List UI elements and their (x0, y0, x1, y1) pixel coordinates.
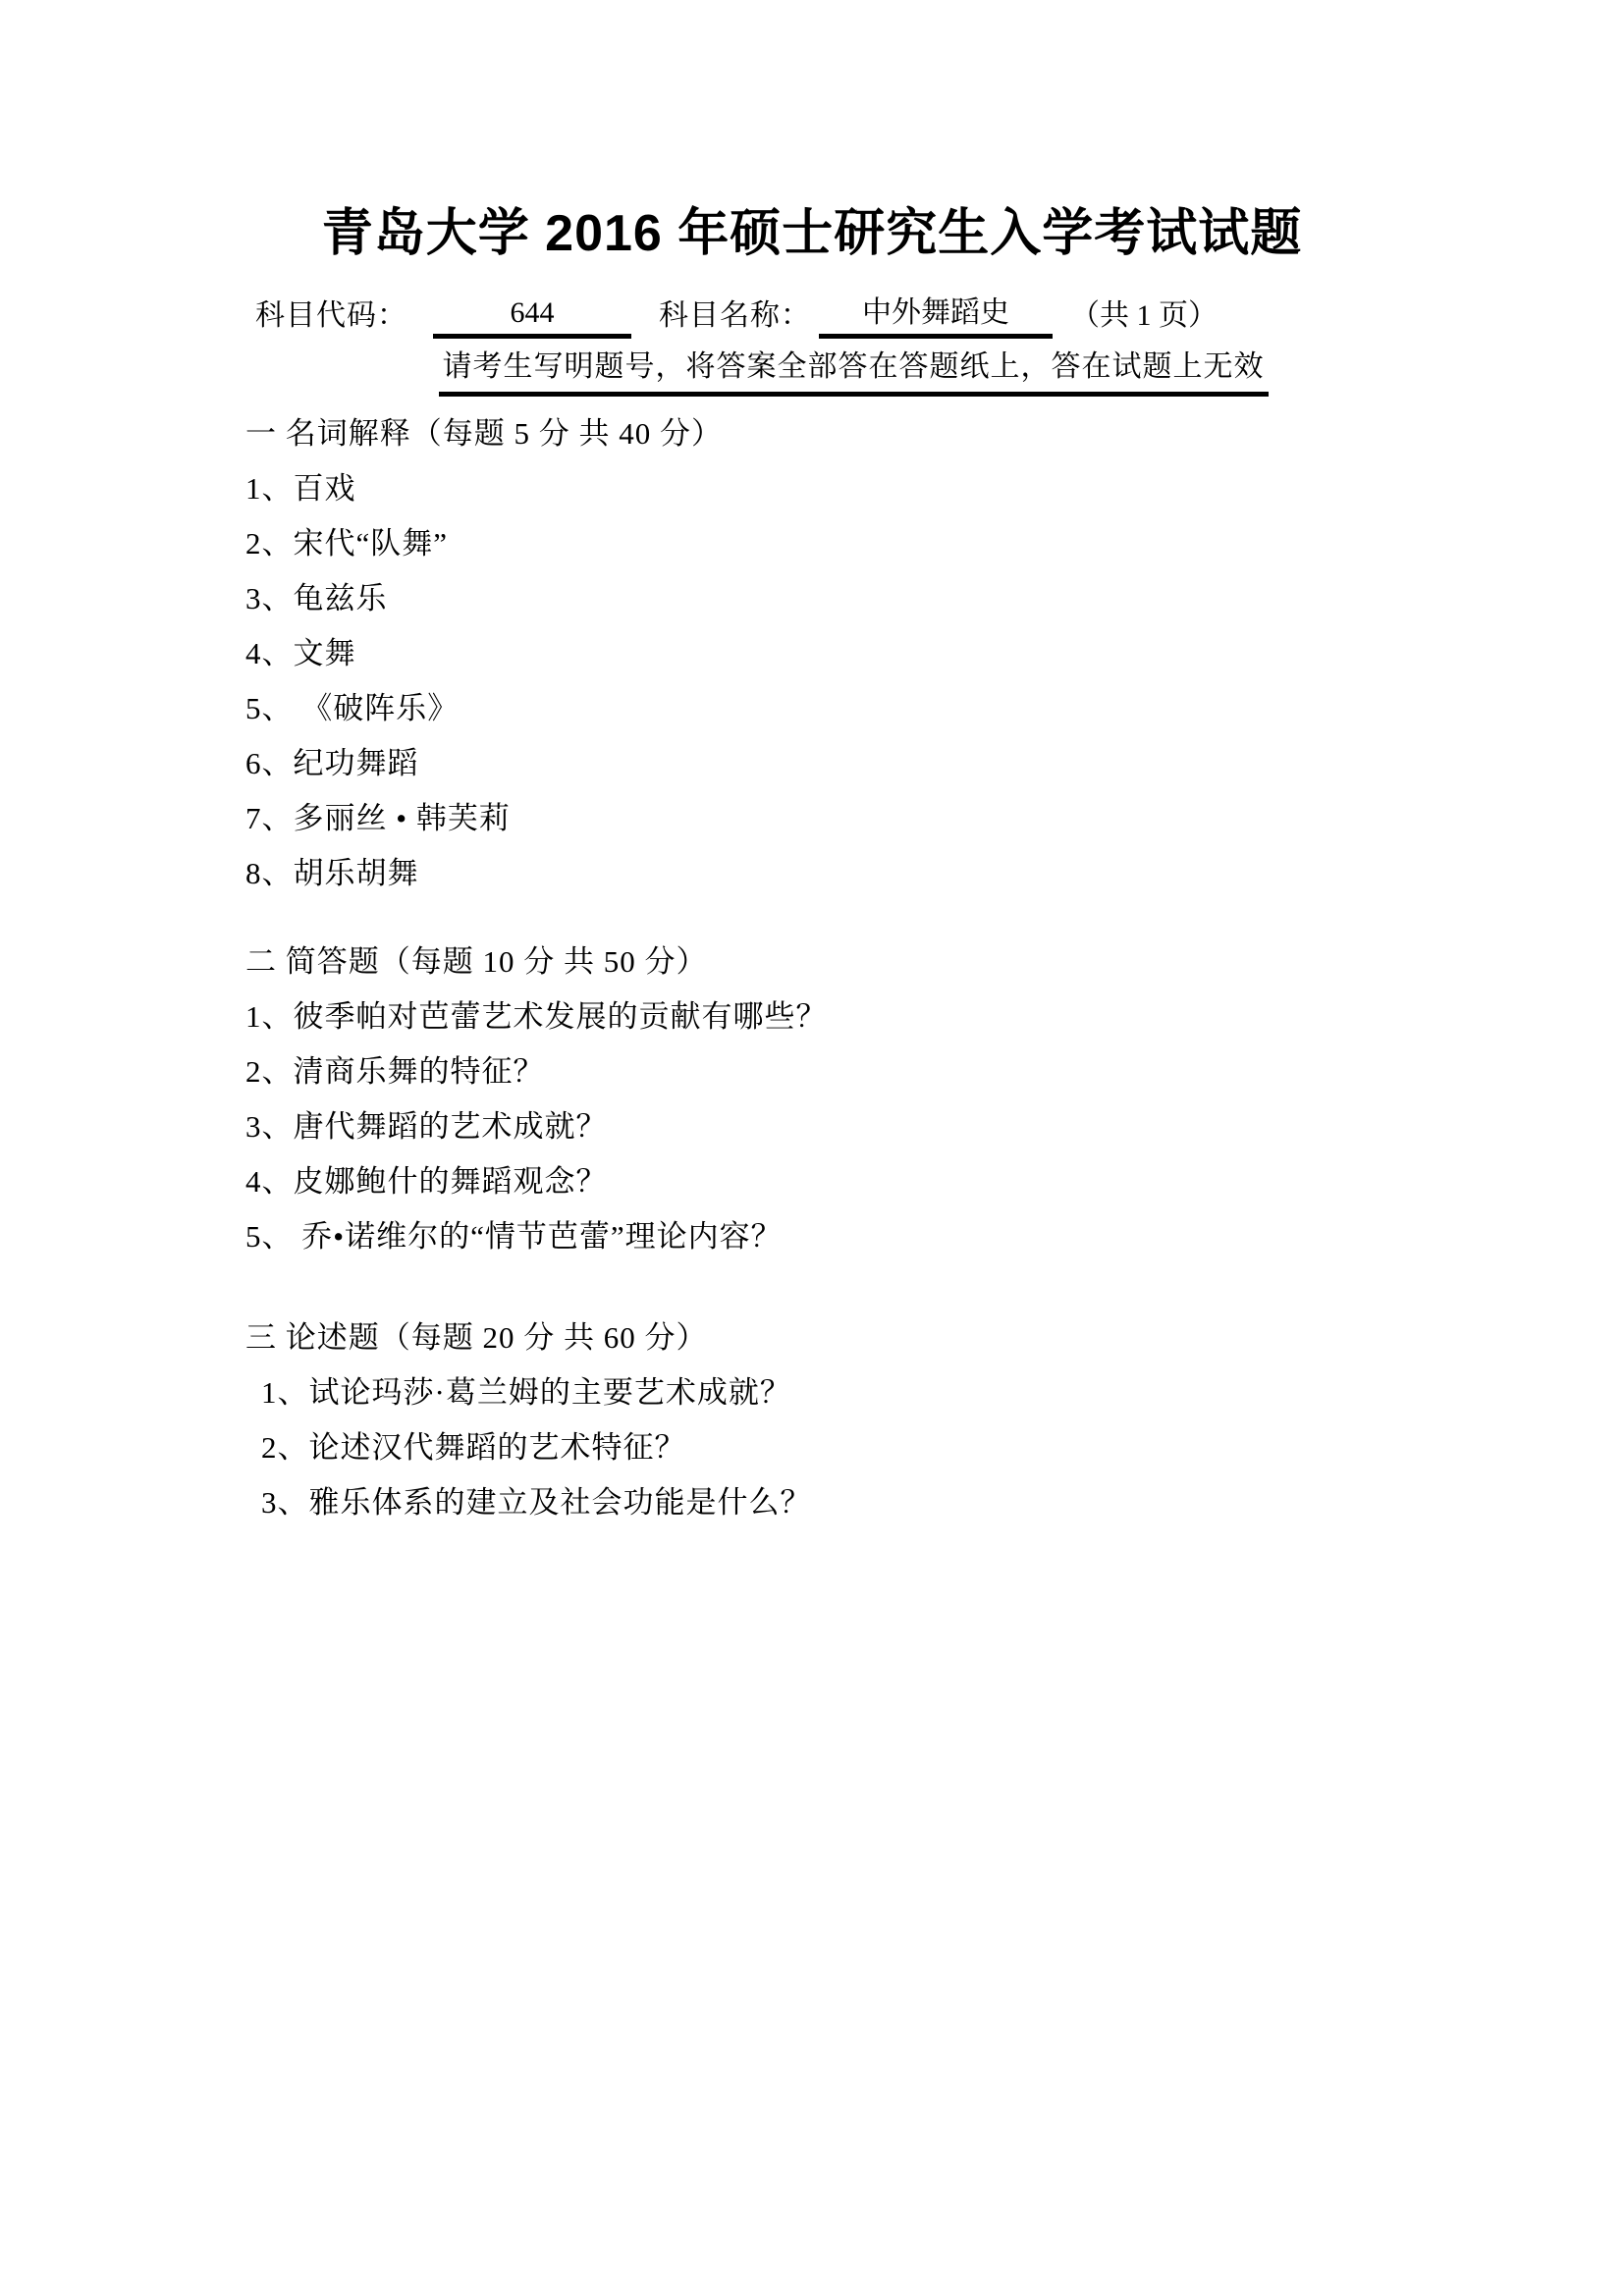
question-sections: 一 名词解释（每题 5 分 共 40 分） 1、百戏 2、宋代“队舞” 3、龟兹… (245, 406, 1506, 1530)
section-1-heading: 一 名词解释（每题 5 分 共 40 分） (245, 406, 1506, 461)
question-item: 1、试论玛莎·葛兰姆的主要艺术成就？ (261, 1365, 1506, 1420)
section-essay: 三 论述题（每题 20 分 共 60 分） 1、试论玛莎·葛兰姆的主要艺术成就？… (245, 1310, 1506, 1530)
section-noun-explanation: 一 名词解释（每题 5 分 共 40 分） 1、百戏 2、宋代“队舞” 3、龟兹… (245, 406, 1506, 901)
subject-code-label: 科目代码： (255, 299, 407, 332)
question-item: 4、文舞 (245, 626, 1506, 681)
question-item: 2、论述汉代舞蹈的艺术特征？ (261, 1420, 1506, 1475)
question-item: 1、彼季帕对芭蕾艺术发展的贡献有哪些？ (245, 989, 1506, 1044)
subject-info-line: 科目代码：644科目名称：中外舞蹈史（共 1 页） (255, 294, 1624, 339)
question-item: 5、 《破阵乐》 (245, 681, 1506, 736)
section-2-heading: 二 简答题（每题 10 分 共 50 分） (245, 934, 1506, 989)
question-item: 5、 乔•诺维尔的“情节芭蕾”理论内容？ (245, 1209, 1506, 1264)
question-item: 2、清商乐舞的特征？ (245, 1044, 1506, 1099)
pages-count-note: （共 1 页） (1070, 299, 1218, 332)
question-item: 1、百戏 (245, 461, 1506, 516)
question-item: 3、龟兹乐 (245, 571, 1506, 626)
question-item: 2、宋代“队舞” (245, 516, 1506, 571)
question-item: 3、唐代舞蹈的艺术成就？ (245, 1099, 1506, 1154)
question-item: 6、纪功舞蹈 (245, 736, 1506, 791)
exam-paper-page: 青岛大学 2016 年硕士研究生入学考试试题 科目代码：644科目名称：中外舞蹈… (0, 0, 1624, 2296)
subject-name-value: 中外舞蹈史 (819, 294, 1053, 339)
question-item: 3、雅乐体系的建立及社会功能是什么？ (261, 1475, 1506, 1530)
question-item: 7、多丽丝 • 韩芙莉 (245, 791, 1506, 846)
answer-instructions-notice: 请考生写明题号，将答案全部答在答题纸上，答在试题上无效 (439, 345, 1269, 397)
question-item: 4、皮娜鲍什的舞蹈观念？ (245, 1154, 1506, 1209)
exam-title: 青岛大学 2016 年硕士研究生入学考试试题 (0, 0, 1624, 266)
notice-row: 请考生写明题号，将答案全部答在答题纸上，答在试题上无效 (0, 345, 1624, 397)
section-short-answer: 二 简答题（每题 10 分 共 50 分） 1、彼季帕对芭蕾艺术发展的贡献有哪些… (245, 934, 1506, 1264)
question-item: 8、胡乐胡舞 (245, 846, 1506, 901)
subject-code-value: 644 (433, 294, 631, 339)
section-3-heading: 三 论述题（每题 20 分 共 60 分） (245, 1310, 1506, 1365)
subject-name-label: 科目名称： (659, 299, 811, 332)
